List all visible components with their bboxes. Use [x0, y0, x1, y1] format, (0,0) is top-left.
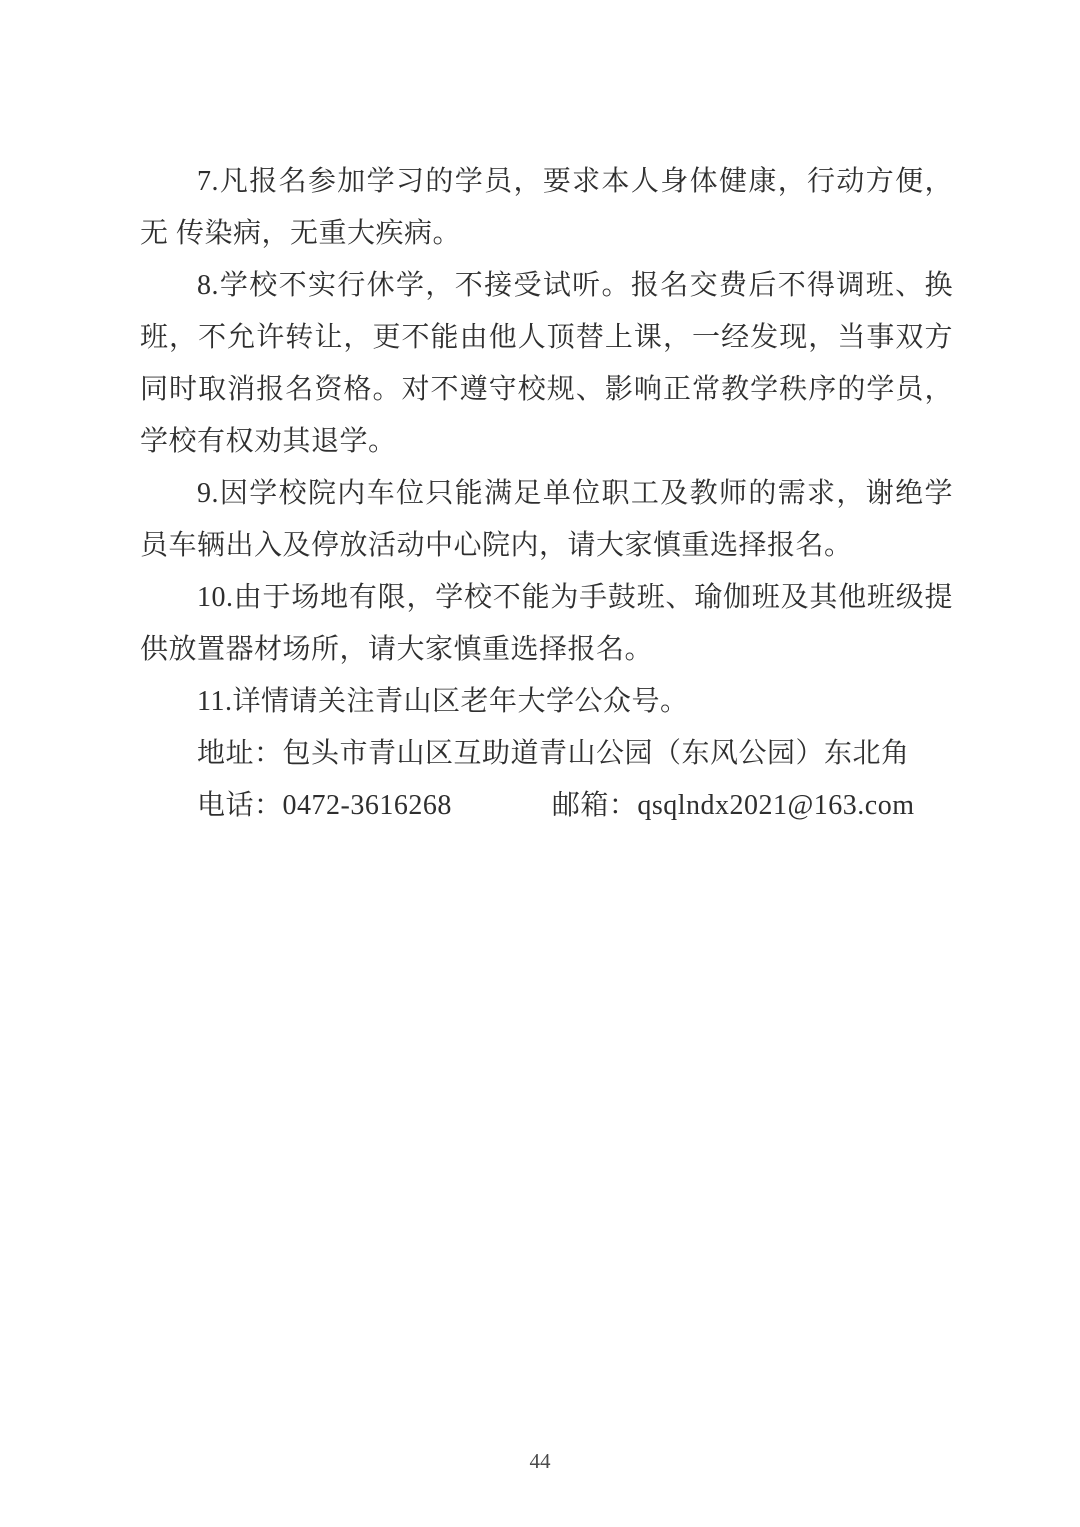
- paragraph-7-line-1: 7.凡报名参加学习的学员，要求本人身体健康，行动方便，: [140, 156, 953, 208]
- phone-text: 电话：0472-3616268: [197, 780, 452, 832]
- paragraph-8-line-1: 8.学校不实行休学，不接受试听。报名交费后不得调班、换: [140, 260, 953, 312]
- paragraph-10-line-2: 供放置器材场所，请大家慎重选择报名。: [140, 624, 953, 676]
- paragraph-8-line-3: 同时取消报名资格。对不遵守校规、影响正常教学秩序的学员，: [140, 364, 953, 416]
- paragraph-11-line-1: 11.详情请关注青山区老年大学公众号。: [140, 676, 953, 728]
- document-page: 7.凡报名参加学习的学员，要求本人身体健康，行动方便， 无 传染病，无重大疾病。…: [0, 0, 1080, 1527]
- paragraph-7-line-2: 无 传染病，无重大疾病。: [140, 208, 953, 260]
- paragraph-9-line-1: 9.因学校院内车位只能满足单位职工及教师的需求，谢绝学: [140, 468, 953, 520]
- paragraph-8-line-4: 学校有权劝其退学。: [140, 416, 953, 468]
- paragraph-8-line-2: 班，不允许转让，更不能由他人顶替上课，一经发现，当事双方: [140, 312, 953, 364]
- contact-line: 电话：0472-3616268 邮箱：qsqlndx2021@163.com: [140, 780, 953, 832]
- address-line: 地址：包头市青山区互助道青山公园（东风公园）东北角: [140, 728, 953, 780]
- email-text: 邮箱：qsqlndx2021@163.com: [552, 780, 915, 832]
- document-body: 7.凡报名参加学习的学员，要求本人身体健康，行动方便， 无 传染病，无重大疾病。…: [140, 156, 953, 832]
- paragraph-9-line-2: 员车辆出入及停放活动中心院内，请大家慎重选择报名。: [140, 520, 953, 572]
- paragraph-10-line-1: 10.由于场地有限，学校不能为手鼓班、瑜伽班及其他班级提: [140, 572, 953, 624]
- page-number: 44: [0, 1446, 1080, 1476]
